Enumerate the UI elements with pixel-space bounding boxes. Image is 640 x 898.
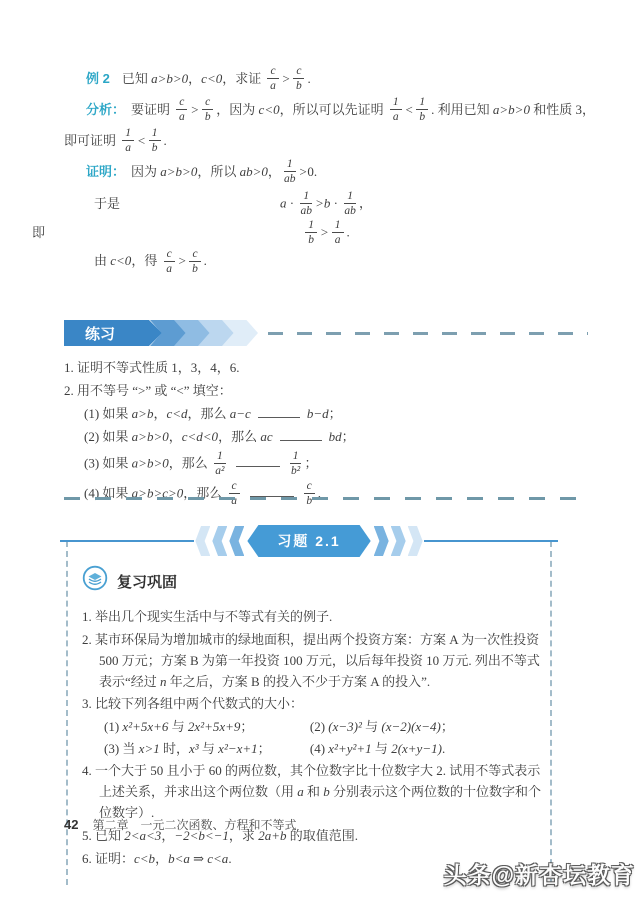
practice-section: 练习 1. 证明不等式性质 1，3，4，6. 2. 用不等号 “>” 或 “<”… (64, 320, 588, 511)
chevron-left-icon (229, 526, 244, 556)
watermark: 头条@新杏坛教育 (444, 857, 635, 890)
practice-items: 1. 证明不等式性质 1，3，4，6. 2. 用不等号 “>” 或 “<” 填空… (64, 358, 588, 508)
page-number: 42 (64, 817, 78, 832)
chevron-right-icon (391, 526, 406, 556)
proof-label: 证明： (86, 164, 125, 179)
chevron-left-icon (195, 526, 210, 556)
equation-1: a · 1ab>b · 1ab， (64, 191, 588, 218)
equation-2: 1b>1a. (64, 220, 588, 247)
practice-item-2: 2. 用不等号 “>” 或 “<” 填空： (64, 381, 588, 401)
practice-item-2-2: (2) 如果 a>b>0，c<d<0，那么 acbd； (64, 427, 588, 447)
exercise-item-1: 1. 举出几个现实生活中与不等式有关的例子. (82, 607, 542, 628)
practice-item-2-4: (4) 如果 a>b>c>0，那么 cacb. (64, 481, 588, 508)
example-statement-text: 已知 a>b>0，c<0，求证 ca>cb. (122, 71, 311, 86)
example-block: 例 2已知 a>b>0，c<0，求证 ca>cb. 分析：要证明 ca>cb，因… (64, 66, 588, 280)
analysis-label: 分析： (86, 102, 125, 117)
chapter-label: 第二章 (92, 816, 128, 835)
exercise-item-3-row-2: (3) 当 x>1 时，x³ 与 x²−x+1； (4) x²+y²+1 与 2… (82, 739, 542, 759)
exercise-item-2: 2. 某市环保局为增加城市的绿地面积，提出两个投资方案：方案 A 为一次性投资 … (82, 630, 542, 692)
practice-item-2-1: (1) 如果 a>b，c<d，那么 a−cb−d； (64, 404, 588, 424)
equation-prefix-yushi: 于是 (64, 194, 120, 214)
review-heading: 复习巩固 (82, 565, 542, 597)
exercise-item-3-4: (4) x²+y²+1 与 2(x+y−1). (310, 739, 542, 759)
exercise-banner-title: 习题 2.1 (247, 525, 370, 557)
chapter-title: 一元二次函数、方程和不等式 (140, 816, 296, 835)
exercise-item-3-row-1: (1) x²+5x+6 与 2x²+5x+9； (2) (x−3)² 与 (x−… (82, 717, 542, 737)
exercise-item-3: 3. 比较下列各组中两个代数式的大小： (82, 694, 542, 715)
exercise-item-3-3: (3) 当 x>1 时，x³ 与 x²−x+1； (104, 739, 310, 759)
practice-item-1: 1. 证明不等式性质 1，3，4，6. (64, 358, 588, 378)
banner-rule-left (60, 540, 194, 542)
proof-conclusion: 由 c<0，得 ca>cb. (64, 249, 588, 276)
chevron-left-icon (212, 526, 227, 556)
dashed-rule (268, 332, 588, 335)
exercise-item-3-1: (1) x²+5x+6 与 2x²+5x+9； (104, 717, 310, 737)
practice-banner: 练习 (64, 320, 588, 346)
exercise-item-3-2: (2) (x−3)² 与 (x−2)(x−4)； (310, 717, 542, 737)
proof-conclusion-text: 由 c<0，得 ca>cb. (94, 253, 207, 268)
example-label: 例 2 (86, 71, 110, 86)
practice-item-2-3: (3) 如果 a>b>0，那么 1a²1b²； (64, 451, 588, 478)
proof-line-1: 证明：因为 a>b>0，所以 ab>0，1ab>0. (64, 159, 588, 186)
practice-banner-title: 练习 (64, 320, 162, 346)
analysis-line-1: 分析：要证明 ca>cb，因为 c<0，所以可以先证明 1a<1b. 利用已知 … (64, 97, 588, 124)
chevron-right-icon (408, 526, 423, 556)
example-statement: 例 2已知 a>b>0，c<0，求证 ca>cb. (64, 66, 588, 93)
section-dashed-divider (64, 497, 585, 500)
page-footer: 42 第二章 一元二次函数、方程和不等式 (64, 816, 297, 835)
review-heading-title: 复习巩固 (117, 571, 177, 592)
analysis-text-2: 即可证明 1a<1b. (64, 133, 167, 148)
proof-equation-2: 即 1b>1a. (64, 220, 588, 247)
equation-prefix-ji: 即 (32, 223, 45, 243)
proof-text-1: 因为 a>b>0，所以 ab>0，1ab>0. (131, 164, 317, 179)
chevron-right-icon (374, 526, 389, 556)
analysis-line-2: 即可证明 1a<1b. (64, 128, 588, 155)
proof-equation-1: 于是 a · 1ab>b · 1ab， (64, 191, 588, 218)
layers-icon (82, 565, 108, 597)
exercise-banner: 习题 2.1 (60, 526, 558, 556)
exercise-item-4: 4. 一个大于 50 且小于 60 的两位数，其个位数字比十位数字大 2. 试用… (82, 761, 542, 823)
analysis-text-1: 要证明 ca>cb，因为 c<0，所以可以先证明 1a<1b. 利用已知 a>b… (131, 102, 595, 117)
banner-rule-right (424, 540, 558, 542)
